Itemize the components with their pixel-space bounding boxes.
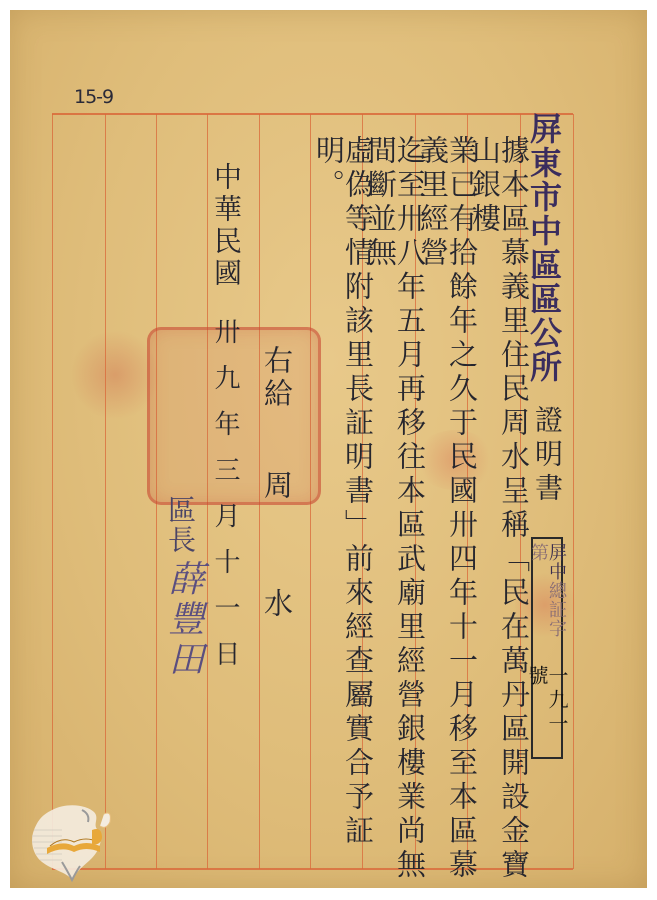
- grid-vertical-line: [573, 114, 574, 869]
- page-number: 15-9: [74, 86, 113, 108]
- reference-prefix-bold: 屏中: [546, 543, 567, 581]
- reference-number-box: 屏中總証字第 一九一號: [531, 537, 563, 759]
- district-chief-label: 區長: [160, 495, 200, 555]
- document-date: 卅九年三月十一日: [212, 318, 238, 686]
- district-chief-signature: 薛豐田: [158, 560, 209, 680]
- grid-vertical-line: [52, 114, 53, 869]
- reference-prefix: 屏中總証字第: [529, 543, 565, 653]
- recipient-label: 右給: [262, 345, 291, 411]
- document-title-suffix: 證明書: [533, 405, 561, 507]
- body-column-4: 虛偽等情附該里長証明書」前來經查屬實合予証明。: [314, 135, 372, 900]
- reference-number: 一九一號: [527, 665, 567, 757]
- document-title: 屏東市中區區公所: [528, 112, 560, 384]
- date-era: 中華民國: [212, 162, 240, 290]
- grid-top-line: [52, 113, 573, 115]
- grid-vertical-line: [105, 114, 106, 869]
- taiwan-book-logo-icon: [22, 800, 122, 885]
- recipient-name: 周 水: [262, 470, 291, 647]
